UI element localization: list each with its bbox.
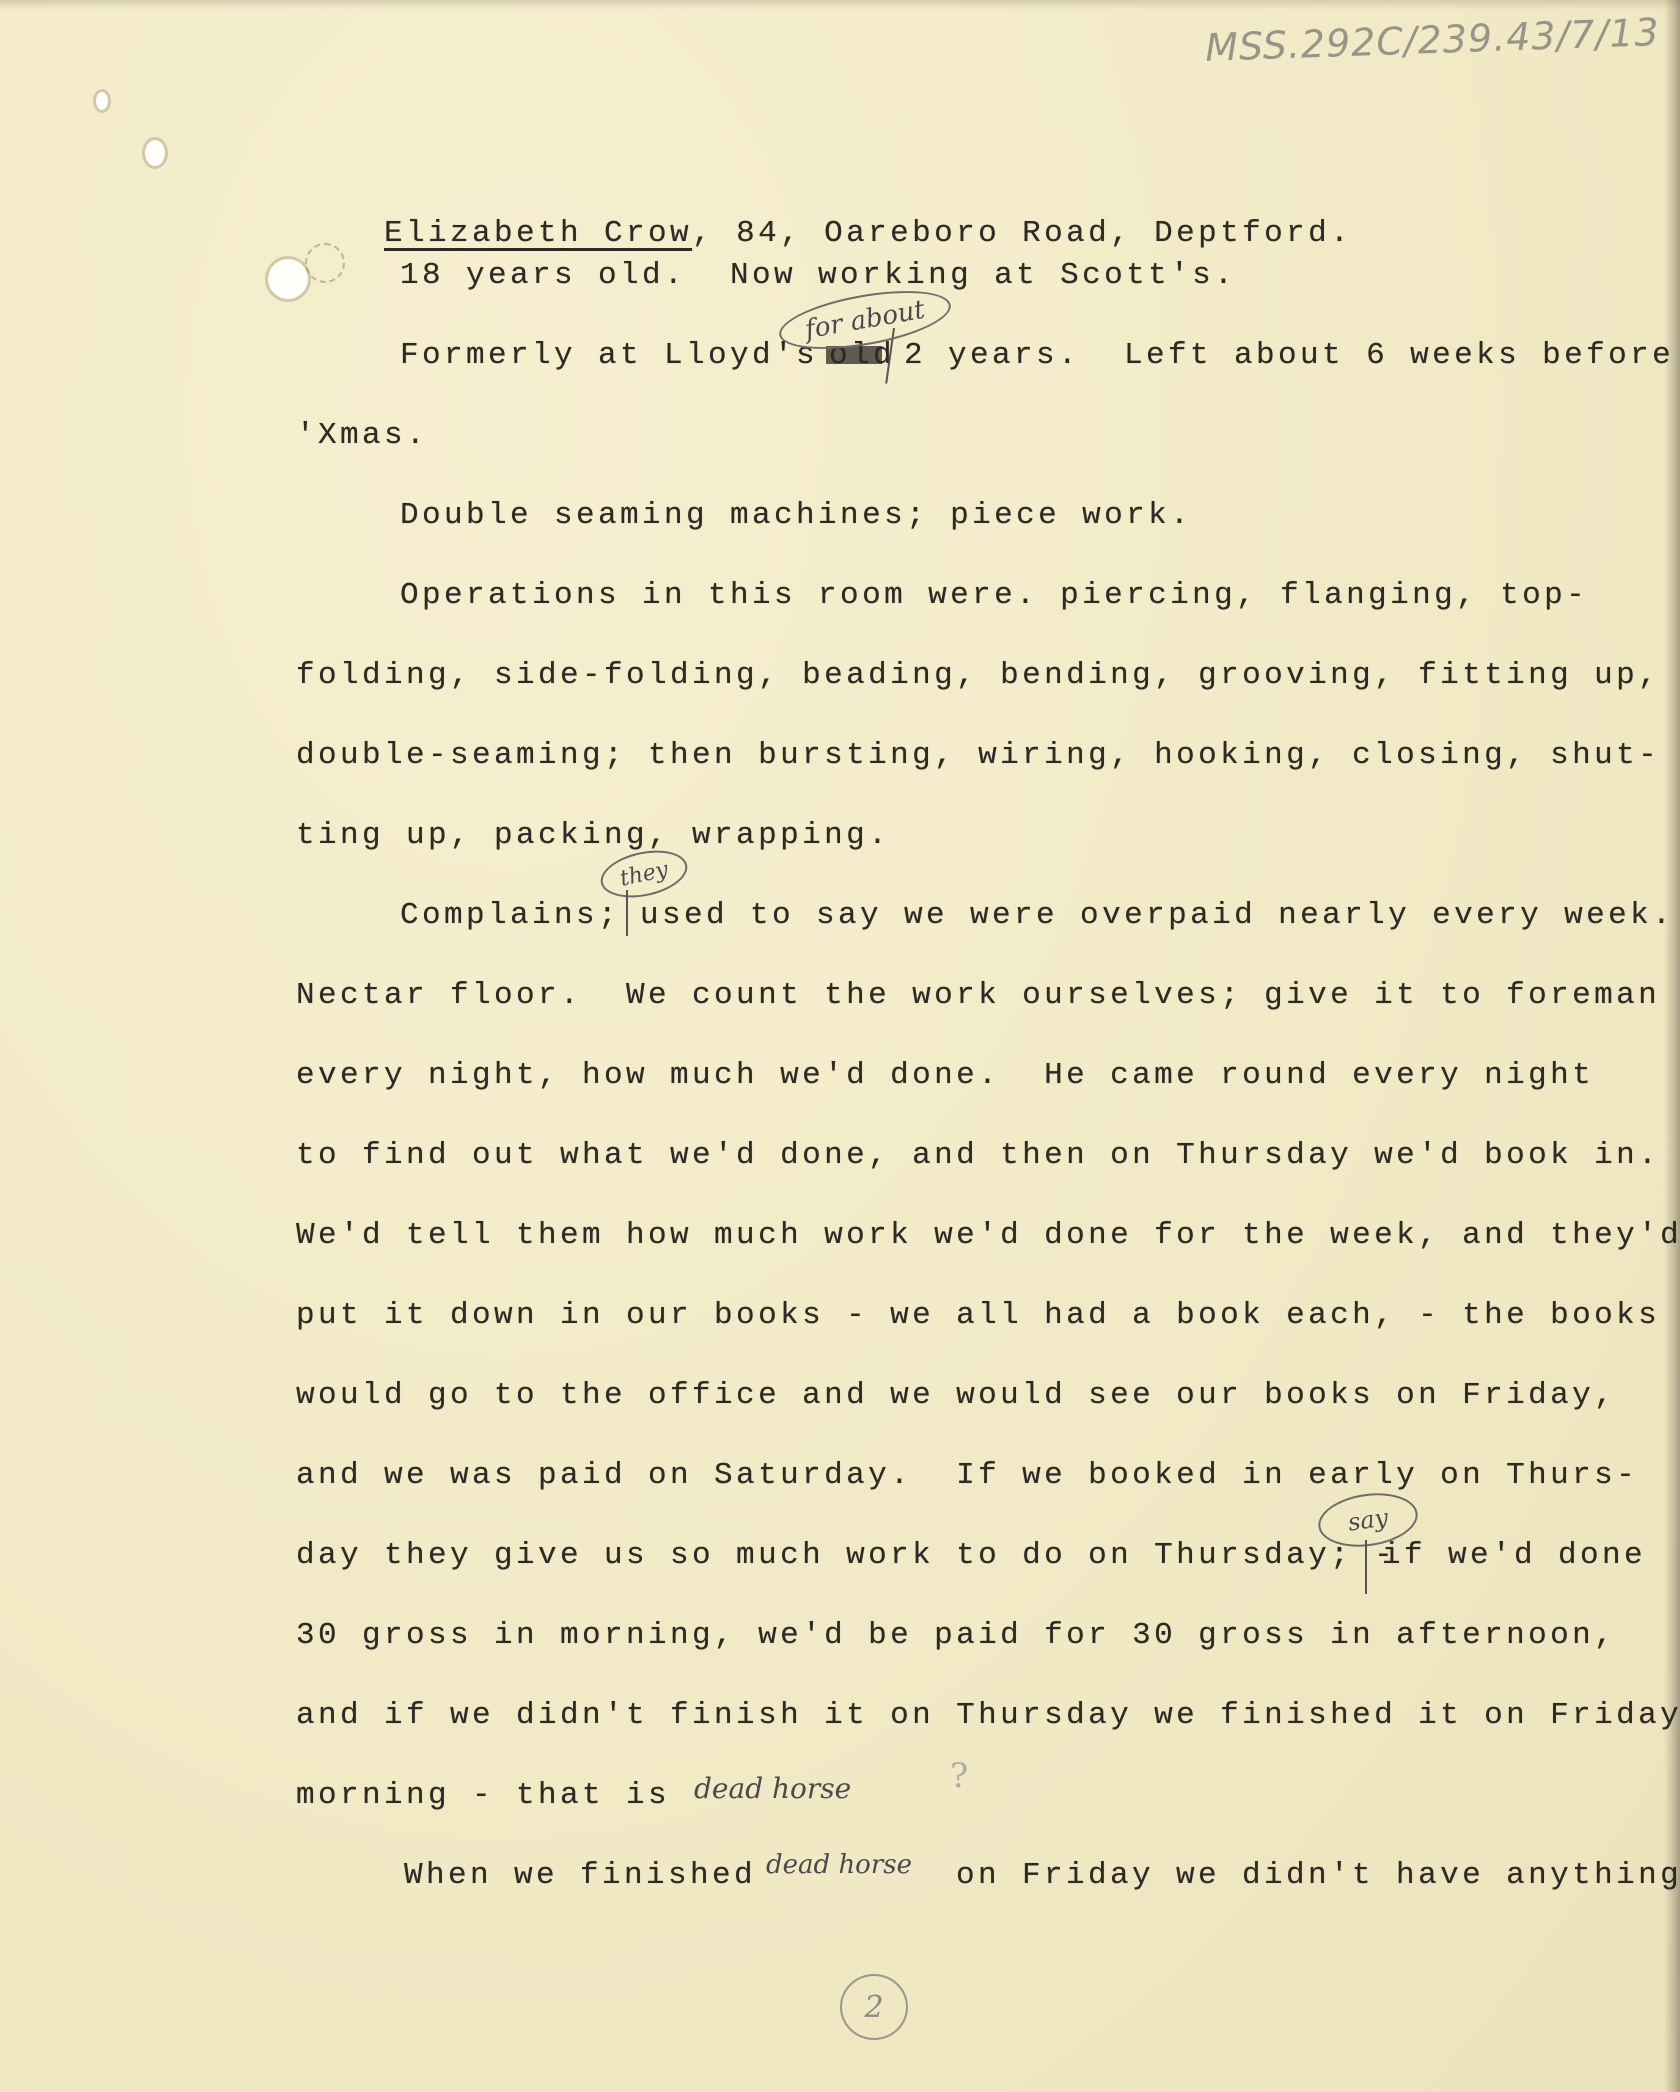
text-line: double-seaming; then bursting, wiring, h… bbox=[296, 736, 1660, 776]
handwritten-dead-horse: dead horse bbox=[694, 1772, 851, 1805]
text-line: 2 years. Left about 6 weeks before bbox=[904, 336, 1674, 376]
paper-edge-top bbox=[0, 0, 1680, 10]
text-line: folding, side-folding, beading, bending,… bbox=[296, 656, 1660, 696]
text-line: Complains; bbox=[400, 896, 620, 936]
text-line: Operations in this room were. piercing, … bbox=[400, 576, 1588, 616]
text-line: put it down in our books - we all had a … bbox=[296, 1296, 1660, 1336]
handwritten-query-mark: ? bbox=[950, 1756, 968, 1796]
text-line: 'Xmas. bbox=[296, 416, 428, 456]
text-line: used to say we were overpaid nearly ever… bbox=[640, 896, 1674, 936]
insertion-caret bbox=[1365, 1540, 1367, 1594]
text-line: every night, how much we'd done. He came… bbox=[296, 1056, 1594, 1096]
text-line: 30 gross in morning, we'd be paid for 30… bbox=[296, 1616, 1616, 1656]
text-line: on Friday we didn't have anything bbox=[956, 1856, 1680, 1896]
subject-address: , 84, Oareboro Road, Deptford. bbox=[692, 216, 1352, 251]
text-line: Double seaming machines; piece work. bbox=[400, 496, 1192, 536]
text-line: 18 years old. Now working at Scott's. bbox=[400, 256, 1236, 296]
archive-call-number: MSS.292C/239.43/7/13 bbox=[1204, 10, 1660, 70]
text-line: morning - that is bbox=[296, 1776, 670, 1816]
text-line: Formerly at Lloyd's bbox=[400, 336, 818, 376]
text-line: would go to the office and we would see … bbox=[296, 1376, 1616, 1416]
page-number: 2 bbox=[840, 1974, 908, 2040]
punch-hole-torn bbox=[145, 140, 165, 166]
text-line: day they give us so much work to do on T… bbox=[296, 1536, 1396, 1576]
handwritten-dead-horse: dead horse bbox=[766, 1850, 912, 1880]
text-line: if we'd done bbox=[1382, 1536, 1646, 1576]
text-line: to find out what we'd done, and then on … bbox=[296, 1136, 1660, 1176]
text-line: We'd tell them how much work we'd done f… bbox=[296, 1216, 1680, 1256]
punch-hole-small bbox=[96, 92, 108, 110]
text-line: When we finished bbox=[404, 1856, 756, 1896]
paper-edge-right bbox=[1664, 0, 1680, 2092]
insertion-caret bbox=[626, 890, 628, 936]
typescript-page: MSS.292C/239.43/7/13 Elizabeth Crow, 84,… bbox=[0, 0, 1680, 2092]
text-line: Nectar floor. We count the work ourselve… bbox=[296, 976, 1660, 1016]
text-line: ting up, packing, wrapping. bbox=[296, 816, 890, 856]
text-line: and we was paid on Saturday. If we booke… bbox=[296, 1456, 1638, 1496]
text-line: and if we didn't finish it on Thursday w… bbox=[296, 1696, 1680, 1736]
subject-name: Elizabeth Crow bbox=[384, 216, 692, 251]
